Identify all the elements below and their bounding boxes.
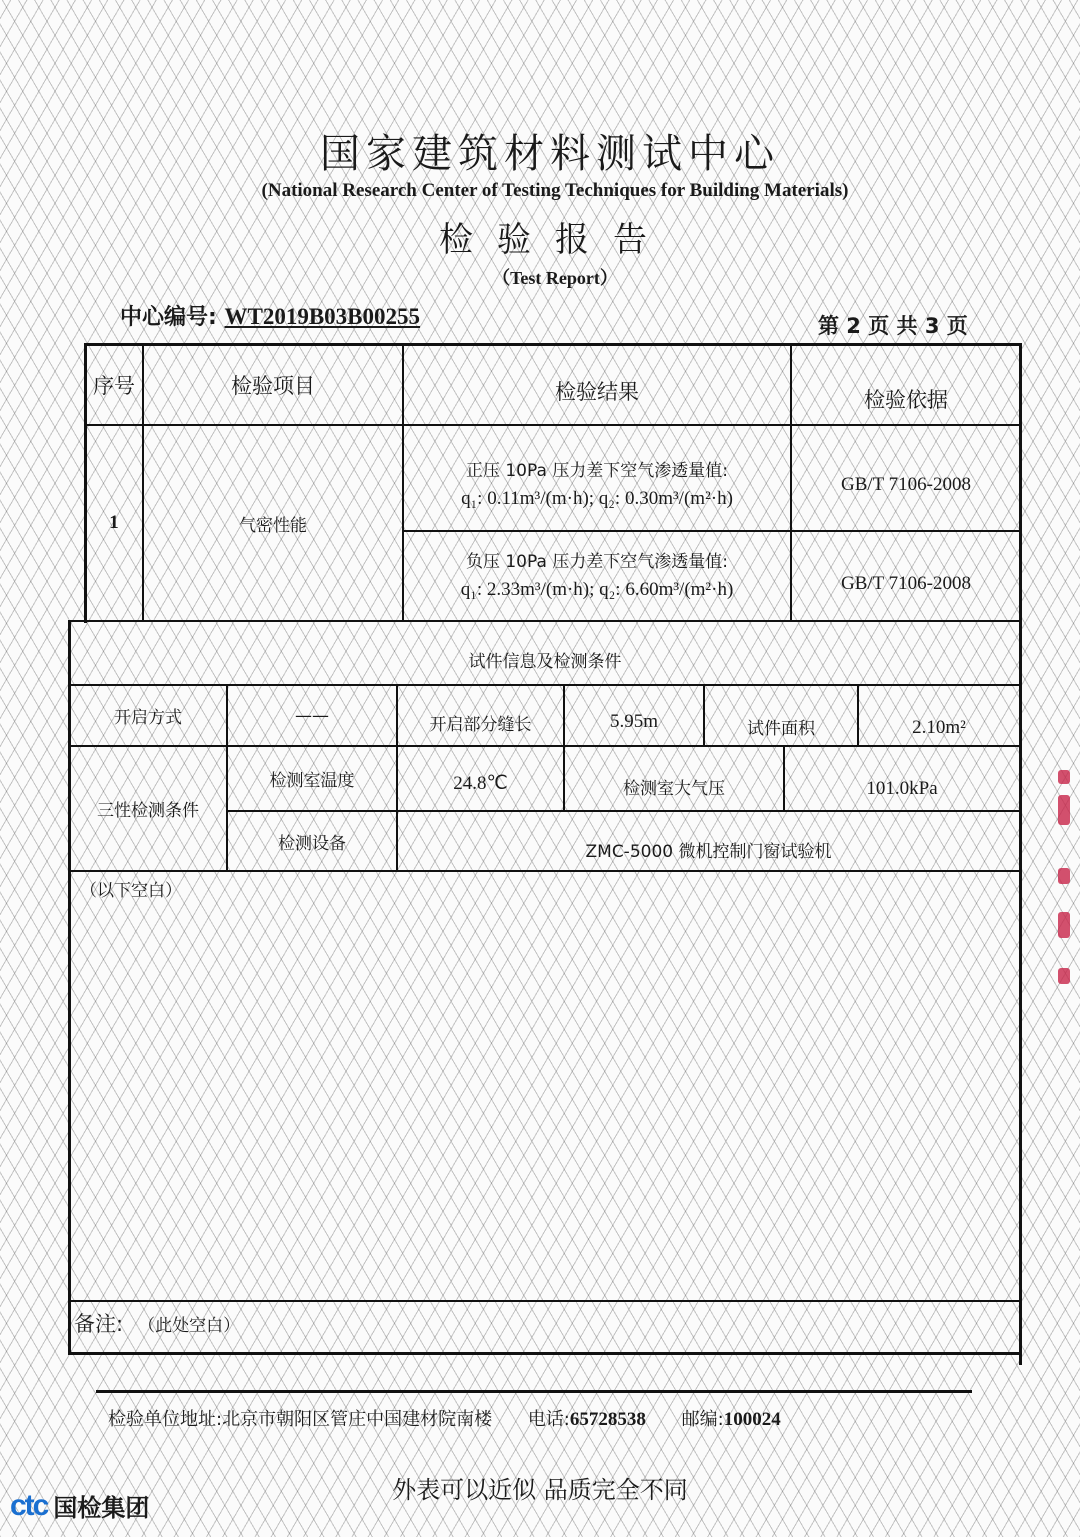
col-header-item: 检验项目	[144, 346, 402, 424]
standard-negative: GB/T 7106-2008	[792, 532, 1020, 636]
row-item: 气密性能	[144, 426, 402, 620]
postcode-label: 邮编:	[682, 1409, 724, 1430]
organization-title-cn: 国家建筑材料测试中心	[0, 122, 1080, 179]
ctc-logo-mark: ctc	[10, 1489, 47, 1523]
report-number-value: WT2019B03B00255	[224, 304, 420, 329]
footer-divider	[96, 1390, 972, 1393]
col-header-result: 检验结果	[404, 346, 790, 436]
postcode-value: 100024	[724, 1409, 781, 1430]
organization-title-en: (National Research Center of Testing Tec…	[0, 180, 1080, 202]
col-header-index: 序号	[86, 346, 142, 424]
report-number: 中心编号: WT2019B03B00255	[120, 300, 420, 331]
equipment-label: 检测设备	[228, 812, 396, 870]
result-positive-label: 正压 10Pa 压力差下空气渗透量值:	[466, 457, 728, 485]
remarks: 备注: （此处空白）	[74, 1308, 240, 1338]
blank-note: （以下空白）	[80, 876, 182, 901]
row-index: 1	[86, 426, 142, 620]
equipment-value: ZMC-5000 微机控制门窗试验机	[398, 812, 1019, 886]
room-temp-label: 检测室温度	[228, 747, 396, 810]
footer-address: 检验单位地址:北京市朝阳区管庄中国建材院南楼 电话:65728538 邮编:10…	[108, 1405, 781, 1431]
result-negative-pressure: 负压 10Pa 压力差下空气渗透量值: q₁: 2.33m³/(m·h); q₂…	[404, 532, 790, 620]
opening-mode-value: ——	[228, 686, 396, 745]
remarks-label: 备注:	[74, 1312, 123, 1336]
ctc-logo-name: 国检集团	[53, 1488, 149, 1523]
col-header-standard: 检验依据	[792, 346, 1020, 452]
address-label: 检验单位地址:	[108, 1409, 222, 1430]
watermark-caption: 外表可以近似 品质完全不同	[0, 1470, 1080, 1505]
result-positive-values: q₁: 0.11m³/(m·h); q₂: 0.30m³/(m²·h)	[461, 485, 733, 513]
report-title-en: （Test Report）	[0, 264, 1080, 290]
opening-mode-label: 开启方式	[70, 686, 226, 745]
report-title-cn: 检验报告	[0, 212, 1080, 261]
phone-label: 电话:	[528, 1409, 570, 1430]
result-positive-pressure: 正压 10Pa 压力差下空气渗透量值: q₁: 0.11m³/(m·h); q₂…	[404, 440, 790, 530]
report-number-label: 中心编号:	[120, 305, 217, 330]
page-info: 第 2 页 共 3 页	[818, 310, 968, 340]
result-negative-values: q₁: 2.33m³/(m·h); q₂: 6.60m³/(m²·h)	[461, 576, 734, 604]
conditions-label: 三性检测条件	[70, 747, 226, 870]
phone-value: 65728538	[570, 1409, 646, 1430]
ctc-logo: ctc 国检集团	[10, 1488, 149, 1523]
room-temp-value: 24.8℃	[398, 747, 563, 819]
sample-section-title: 试件信息及检测条件	[70, 622, 1020, 696]
result-negative-label: 负压 10Pa 压力差下空气渗透量值:	[466, 548, 728, 576]
remarks-value: （此处空白）	[138, 1316, 240, 1336]
standard-positive: GB/T 7106-2008	[792, 440, 1020, 530]
address-value: 北京市朝阳区管庄中国建材院南楼	[222, 1409, 492, 1430]
